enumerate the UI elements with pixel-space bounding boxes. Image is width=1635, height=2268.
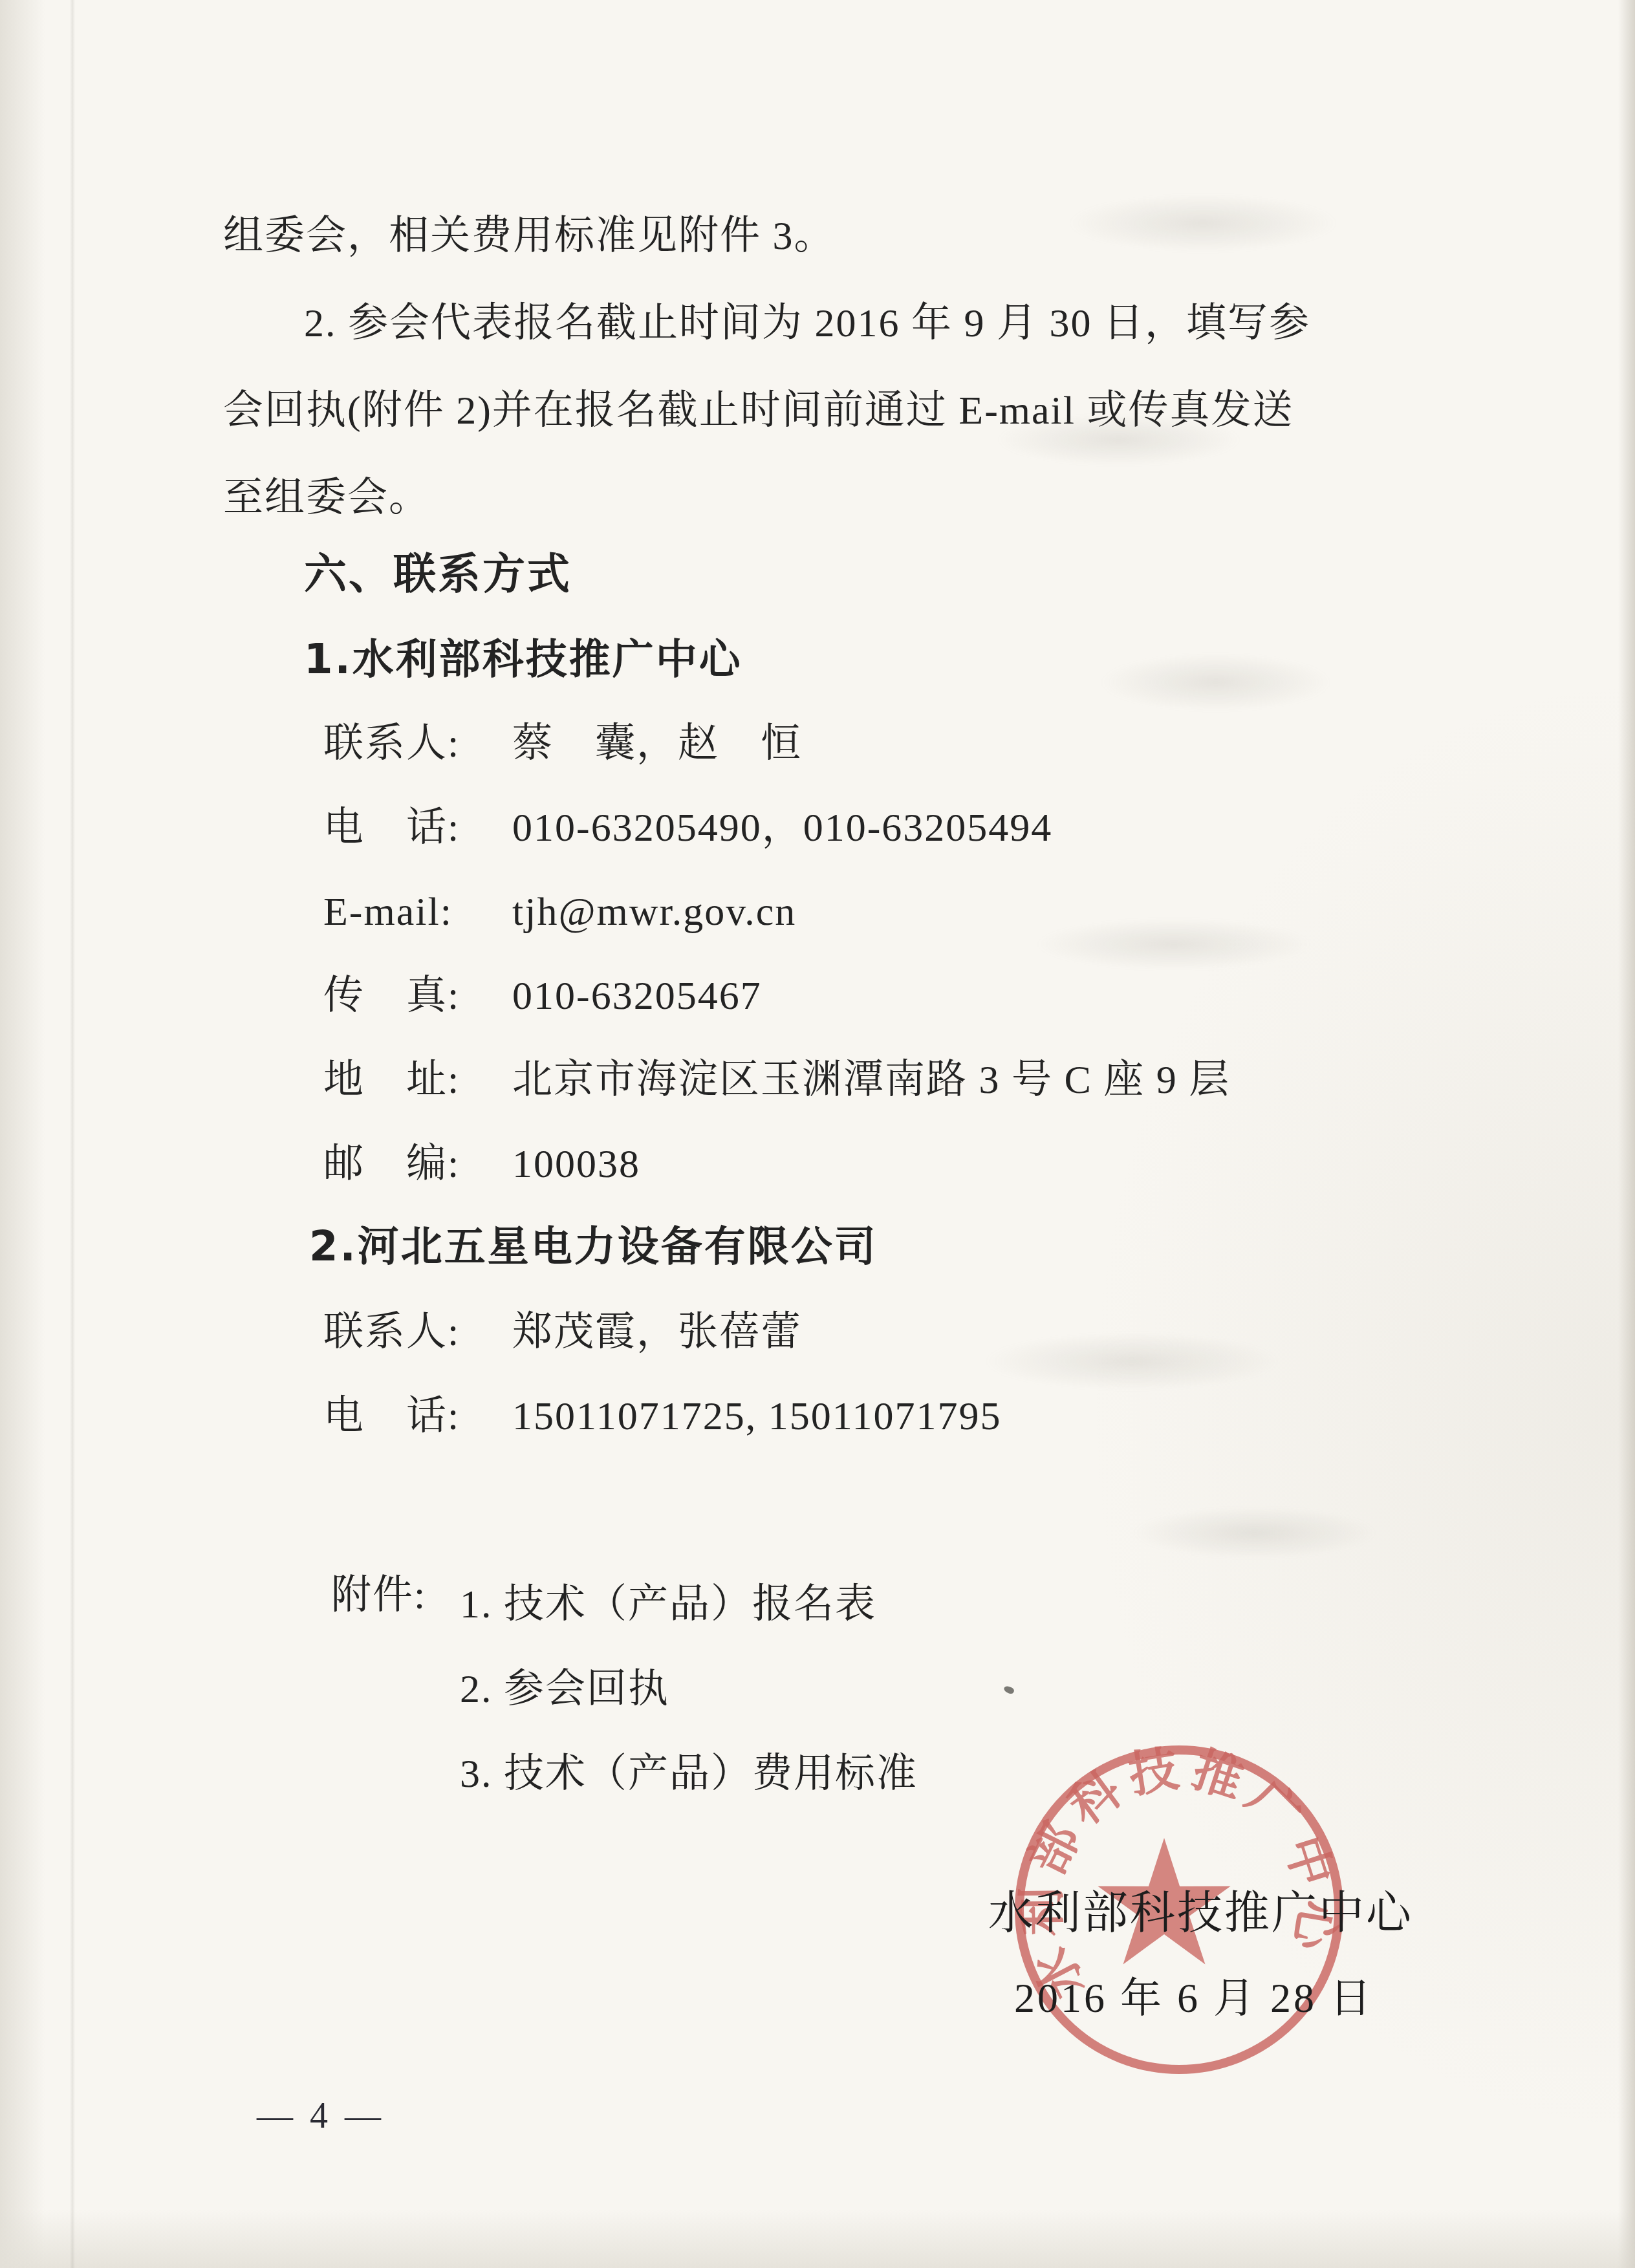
paragraph-2-line-3: 至组委会。 [223,474,430,522]
contact2-row-phone: 电 话:15011071725, 15011071795 [323,1392,1001,1440]
contact-label: 电 话: [323,804,512,852]
contact2-title: 2.河北五星电力设备有限公司 [309,1223,878,1271]
contact-label: 邮 编: [323,1140,512,1188]
contact-value: 蔡 囊，赵 恒 [512,722,802,766]
contact-value: 15011071725, 15011071795 [512,1394,1001,1438]
scan-smudge [1099,653,1332,711]
signature-organization: 水利部科技推广中心 [988,1877,1413,1942]
contact1-row-email: E-mail:tjh@mwr.gov.cn [323,888,796,936]
contact-label: 电 话: [323,1392,512,1440]
contact1-row-phone: 电 话:010-63205490，010-63205494 [323,804,1052,852]
contact-value: 010-63205467 [512,974,762,1018]
section-heading: 六、联系方式 [304,550,572,598]
paper-fold-line [70,0,75,2268]
contact-label: 联系人: [323,1308,512,1356]
contact-value: 100038 [512,1142,640,1186]
contact-label: E-mail: [323,888,512,936]
scan-smudge [983,1332,1281,1390]
contact-value: 北京市海淀区玉渊潭南路 3 号 C 座 9 层 [512,1058,1230,1102]
paragraph-2-line-1: 2. 参会代表报名截止时间为 2016 年 9 月 30 日，填写参 [304,299,1310,347]
attachment-item-3: 3. 技术（产品）费用标准 [460,1741,918,1798]
attachment-item-2: 2. 参会回执 [460,1656,669,1714]
contact1-row-postcode: 邮 编:100038 [323,1140,640,1188]
contact-value: 010-63205490，010-63205494 [512,806,1052,850]
paragraph-continuation-line: 组委会，相关费用标准见附件 3。 [223,212,836,260]
contact-label: 传 真: [323,972,512,1020]
scan-smudge [996,414,1242,466]
contact1-title: 1.水利部科技推广中心 [304,636,742,684]
contact1-row-fax: 传 真:010-63205467 [323,972,762,1020]
ink-speck [1003,1685,1015,1695]
contact-value: 郑茂霞，张蓓蕾 [512,1310,802,1354]
page-number: — 4 — [257,2095,385,2137]
contact2-row-person: 联系人:郑茂霞，张蓓蕾 [323,1308,802,1356]
attachment-item-1: 1. 技术（产品）报名表 [460,1571,876,1629]
contact1-row-person: 联系人:蔡 囊，赵 恒 [323,720,802,768]
contact1-row-address: 地 址:北京市海淀区玉渊潭南路 3 号 C 座 9 层 [323,1056,1230,1104]
attachments-label: 附件: [331,1571,426,1619]
scan-smudge [1067,194,1339,252]
scanned-document-page: 组委会，相关费用标准见附件 3。 2. 参会代表报名截止时间为 2016 年 9… [0,0,1635,2268]
contact-label: 地 址: [323,1056,512,1104]
signature-date: 2016 年 6 月 28 日 [1014,1965,1374,2024]
contact-label: 联系人: [323,720,512,768]
contact-value: tjh@mwr.gov.cn [512,890,796,934]
scan-smudge [1132,1507,1378,1559]
scan-smudge [1035,918,1313,970]
